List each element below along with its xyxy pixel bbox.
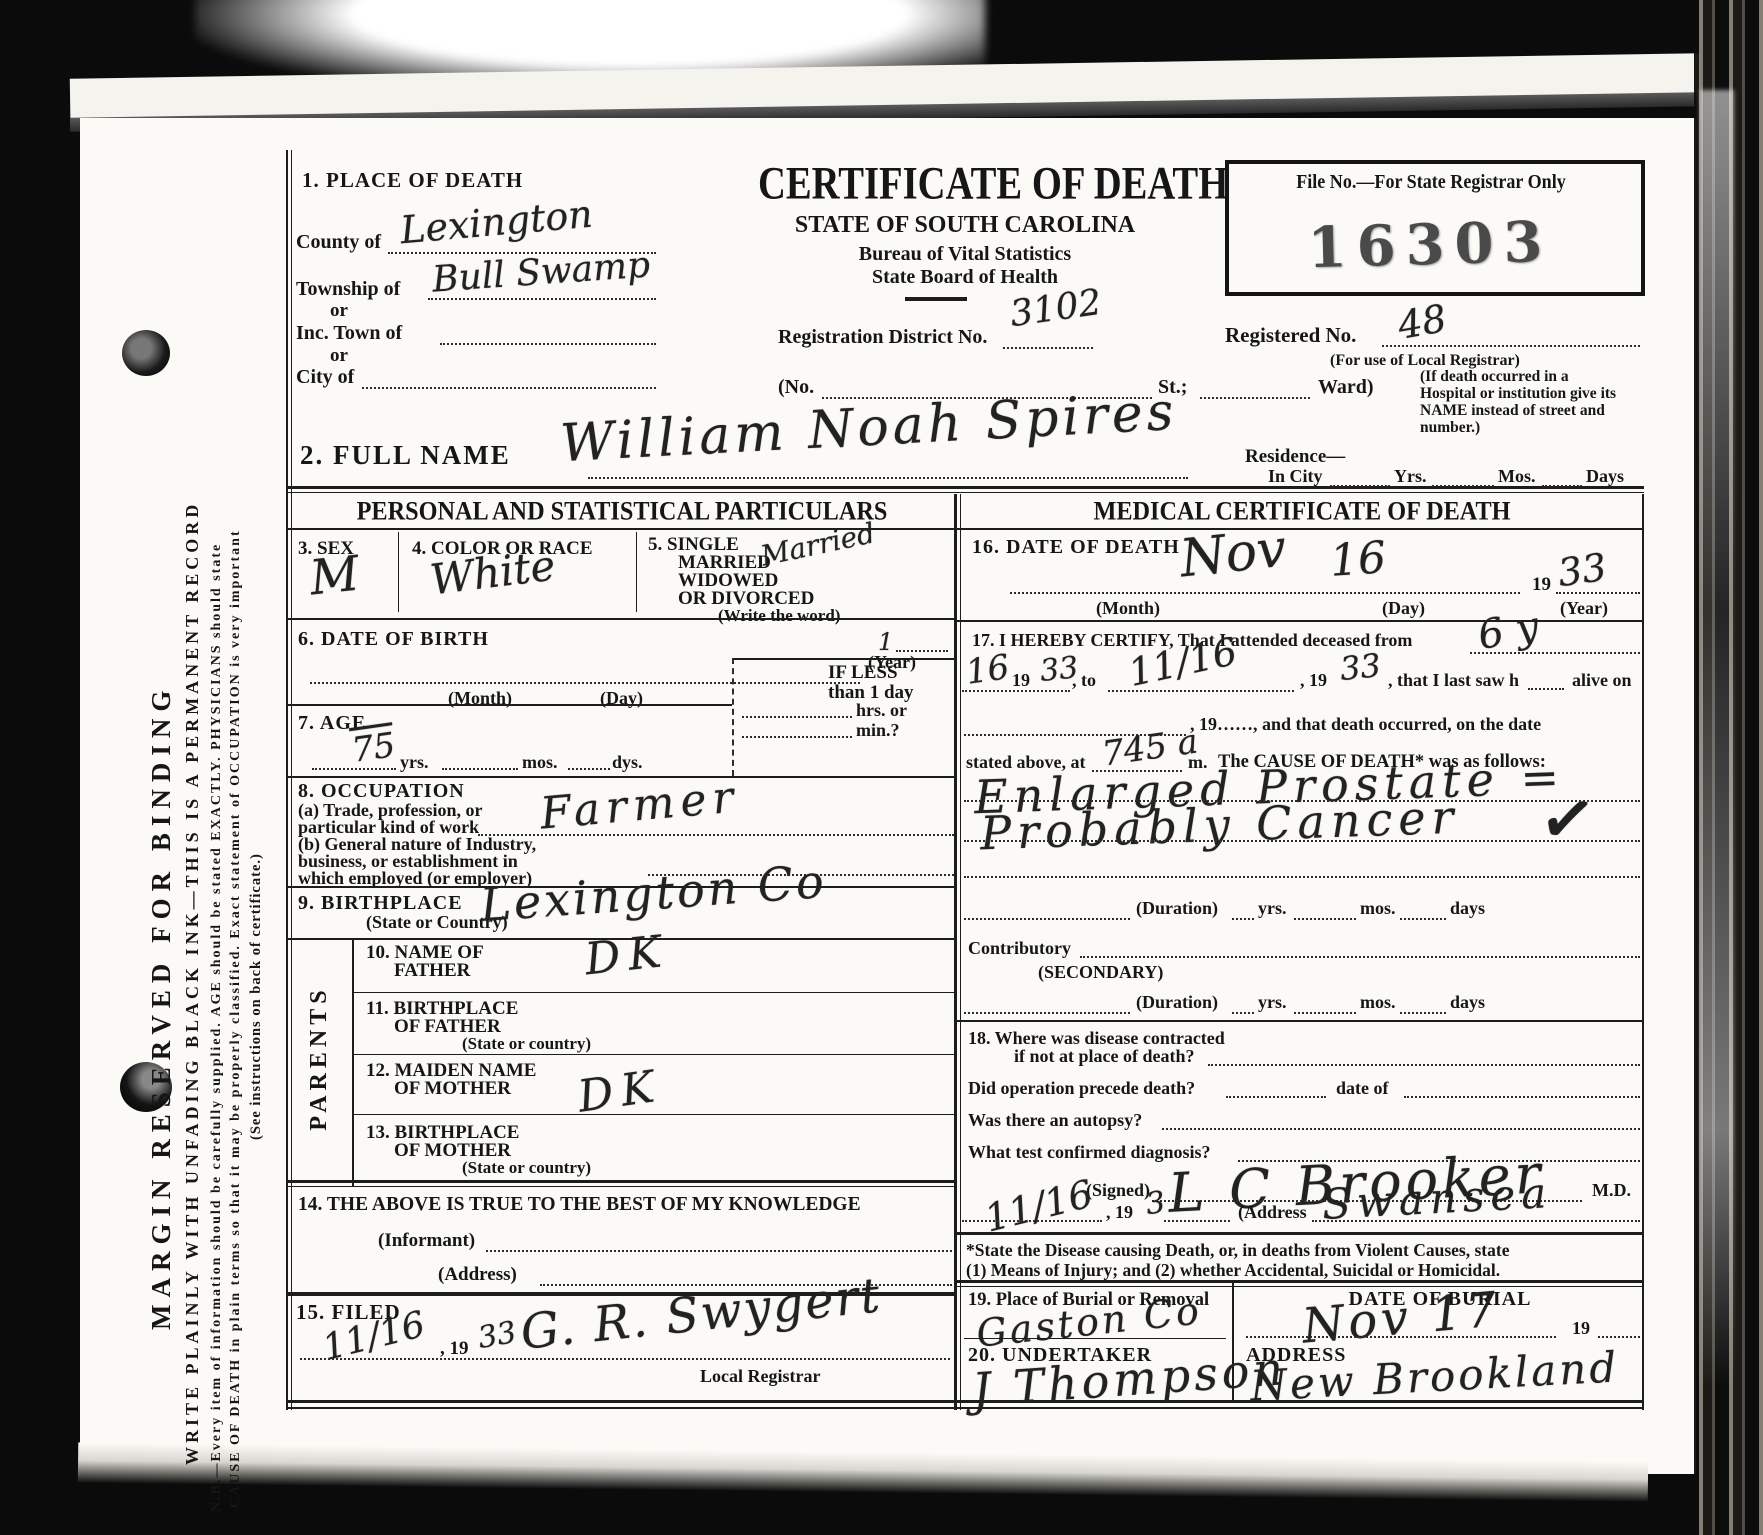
secondary-label: (SECONDARY) [1038,962,1163,983]
dod-month-value: Nov [1177,519,1289,590]
burial-year-prefix: 19 [1572,1318,1590,1339]
q18-dots [1208,1064,1640,1066]
race-marital-divider [636,532,637,612]
scanned-death-certificate: MARGIN RESERVED FOR BINDING WRITE PLAINL… [0,0,1763,1535]
registered-no-value: 48 [1395,296,1450,348]
or-label-1: or [330,300,348,322]
city-line [362,387,656,389]
informant-label: (Informant) [378,1230,475,1252]
age-dots-3 [568,768,610,770]
residence-label: Residence— [1245,446,1345,468]
age-dots-2 [442,768,518,770]
ifless-line3: hrs. or [856,700,907,721]
form-right-border [1642,494,1644,1410]
filed-year-value: 33 [475,1315,519,1356]
sex-race-divider [398,532,399,612]
township-label: Township of [296,278,400,301]
cause-line3-rule [964,876,1640,878]
signed-year-dots [1164,1220,1230,1222]
row16-rule [957,620,1644,622]
informant-line [486,1250,952,1252]
date-of-label: date of [1336,1078,1389,1099]
state-subtitle: STATE OF SOUTH CAROLINA [740,212,1190,239]
certify-start-value: 16 [963,647,1011,693]
operation-dots-2 [1404,1096,1640,1098]
row10-rule [354,992,954,993]
certify-19a: 19 [1012,670,1030,691]
ifless-line1: IF LESS [828,662,898,684]
ifless-divider [732,658,734,776]
age-dots-1 [312,768,396,770]
contributory-label: Contributory [968,938,1071,959]
margin-nb-note-line2: CAUSE OF DEATH in plain terms so that it… [228,529,244,1508]
row6-rule [286,704,732,706]
signed-year-prefix: , 19 [1106,1202,1133,1223]
header-divider-dash [905,297,967,301]
form-left-border-inner [291,150,292,1410]
inc-town-line [440,343,656,345]
punch-hole [122,330,170,376]
form-bottom-rule2 [286,1407,1644,1409]
duration1-dots-2 [1294,918,1356,920]
filed-line [300,1358,950,1360]
days-label: Days [1586,466,1624,487]
certify-from-line [1470,652,1640,654]
residence-dots-3 [1542,485,1582,487]
margin-binding-note: MARGIN RESERVED FOR BINDING [146,684,177,1330]
row12-rule [354,1114,954,1115]
dod-year-value: 33 [1555,545,1609,595]
duration2-dots-1 [1232,1012,1254,1014]
mother-name-label2: OF MOTHER [394,1078,511,1100]
operation-q: Did operation precede death? [968,1078,1195,1099]
dod-line [1010,592,1520,594]
certificate-title: CERTIFICATE OF DEATH [758,157,1172,211]
duration1-mos: mos. [1360,898,1396,919]
medical-title-rule [957,528,1644,530]
county-label: County of [296,231,381,254]
md-label: M.D. [1592,1180,1631,1201]
comma-19: , 19 [1300,670,1327,691]
last-saw-dots [1528,688,1564,690]
burial-year-dots [1598,1336,1640,1338]
column-divider [954,494,957,1410]
dod-day-hint: (Day) [1382,598,1425,619]
st-line [1200,397,1310,399]
residence-dots-2 [1432,485,1494,487]
board-line: State Board of Health [740,266,1190,289]
certify-dots-a [962,690,1070,692]
file-number-stamp: 16303 [1249,207,1611,282]
duration2-dots-3 [1400,1012,1446,1014]
contributory-dots [1080,956,1640,958]
q18-line2: if not at place of death? [1014,1046,1194,1067]
footnote-line1: *State the Disease causing Death, or, in… [966,1240,1509,1261]
age-mos-label: mos. [522,752,558,773]
duration1-dots-3 [1400,918,1446,920]
father-bp-hint: (State or country) [462,1034,591,1054]
duration2-yrs: yrs. [1258,992,1287,1013]
autopsy-q: Was there an autopsy? [968,1110,1142,1131]
no-label: (No. [778,376,814,399]
residence-dots-1 [1330,485,1390,487]
age-dys-label: dys. [612,752,643,773]
sex-value: M [307,546,362,607]
address-signed-dots [1312,1220,1640,1222]
duration2-dots-2 [1294,1012,1356,1014]
margin-nb-note-line1: N.B.—Every item of information should be… [209,543,225,1512]
medical-section-title: MEDICAL CERTIFICATE OF DEATH [970,497,1633,526]
address14-label: (Address) [438,1264,517,1286]
row7-rule [286,776,954,778]
row11-rule [354,1054,954,1055]
full-name-line [588,477,1188,479]
age-yrs-label: yrs. [400,752,429,773]
full-name-label: 2. FULL NAME [300,440,511,471]
dod-year-line [1556,592,1640,594]
test-q: What test confirmed diagnosis? [968,1142,1211,1163]
last-saw-label: , that I last saw h [1388,670,1519,691]
ifless-line4: min.? [856,720,900,741]
row5-rule [286,618,954,620]
duration2-days: days [1450,992,1485,1013]
duration1-dots-1 [1232,918,1254,920]
form-left-border [286,150,288,1410]
city-label: City of [296,366,354,389]
footnote-line2: (1) Means of Injury; and (2) whether Acc… [966,1260,1500,1281]
filed-year-prefix: , 19 [440,1338,469,1360]
parents-bottom-rule2 [286,1186,954,1187]
to-label: , to [1072,670,1096,691]
age-value: 75 [349,725,397,771]
in-city-label: In City [1268,466,1323,487]
father-name-label2: FATHER [394,960,470,982]
autopsy-dots [1162,1128,1640,1130]
burial-rule [964,1338,1226,1339]
signed-label: (Signed) [1086,1180,1150,1201]
duration1-dots-0 [964,918,1130,920]
place-of-death-label: 1. PLACE OF DEATH [302,168,523,193]
marital-hint: (Write the word) [718,606,840,626]
alive-on-label: alive on [1572,670,1632,691]
occurred-line: , 19……, and that death occurred, on the … [1190,714,1541,735]
row18-rule [957,1232,1644,1235]
cause-line2-rule [964,840,1640,842]
duration1-yrs: yrs. [1258,898,1287,919]
signed-date-dots [962,1220,1102,1222]
registered-no-label: Registered No. [1225,323,1356,348]
ifless-top-rule [732,658,954,660]
margin-ink-note: WRITE PLAINLY WITH UNFADING BLACK INK—TH… [182,501,203,1465]
dob-label: 6. DATE OF BIRTH [298,628,489,651]
header-bottom-rule2 [286,492,1644,493]
dod-year-hint: (Year) [1560,598,1608,619]
duration2-label: (Duration) [1136,992,1218,1013]
inc-town-label: Inc. Town of [296,322,402,345]
dod-label: 16. DATE OF DEATH [972,536,1180,559]
local-registrar-label: Local Registrar [700,1366,820,1387]
mos-label: Mos. [1498,466,1536,487]
reg-district-line [1003,347,1093,349]
ifless-dots-1 [742,716,852,718]
duration1-label: (Duration) [1136,898,1218,919]
certify-dots-b [1108,690,1294,692]
parents-label: PARENTS [306,948,333,1168]
binding-strip-highlight [1700,90,1734,1390]
ifless-dots-2 [742,736,852,738]
parents-divider [352,938,354,1186]
dod-year-prefix: 19 [1532,574,1551,596]
duration1-days: days [1450,898,1485,919]
mother-bp-hint: (State or country) [462,1158,591,1178]
registered-no-line [1382,345,1640,347]
father-name-value: DK [583,926,672,986]
operation-dots-1 [1226,1096,1326,1098]
parents-bottom-rule [286,1180,954,1183]
address-signed-label: (Address [1238,1202,1307,1223]
hospital-note: (If death occurred in a Hospital or inst… [1420,368,1620,436]
file-box-label: File No.—For State Registrar Only [1243,171,1619,194]
footnote-rule [957,1280,1644,1283]
yrs-label: Yrs. [1394,466,1427,487]
knowledge-label: 14. THE ABOVE IS TRUE TO THE BEST OF MY … [298,1194,861,1216]
column-divider-inner [960,494,961,1410]
or-label-2: or [330,345,348,367]
duration2-dots-0 [964,1012,1130,1014]
bureau-line: Bureau of Vital Statistics [740,243,1190,266]
cause-check-mark: ✓ [1535,777,1601,862]
footnote-rule2 [957,1286,1644,1287]
dod-day-value: 16 [1328,532,1387,587]
row17-rule [957,1020,1644,1022]
reg-district-label: Registration District No. [778,326,987,349]
ward-label: Ward) [1318,376,1374,399]
burial-date-dots [1246,1336,1556,1338]
certify-to-year: 33 [1338,646,1382,688]
dod-month-hint: (Month) [1096,598,1160,619]
duration2-mos: mos. [1360,992,1396,1013]
margin-instructions-note: (See instructions on back of certificate… [248,853,265,1140]
dob-line [310,682,860,684]
